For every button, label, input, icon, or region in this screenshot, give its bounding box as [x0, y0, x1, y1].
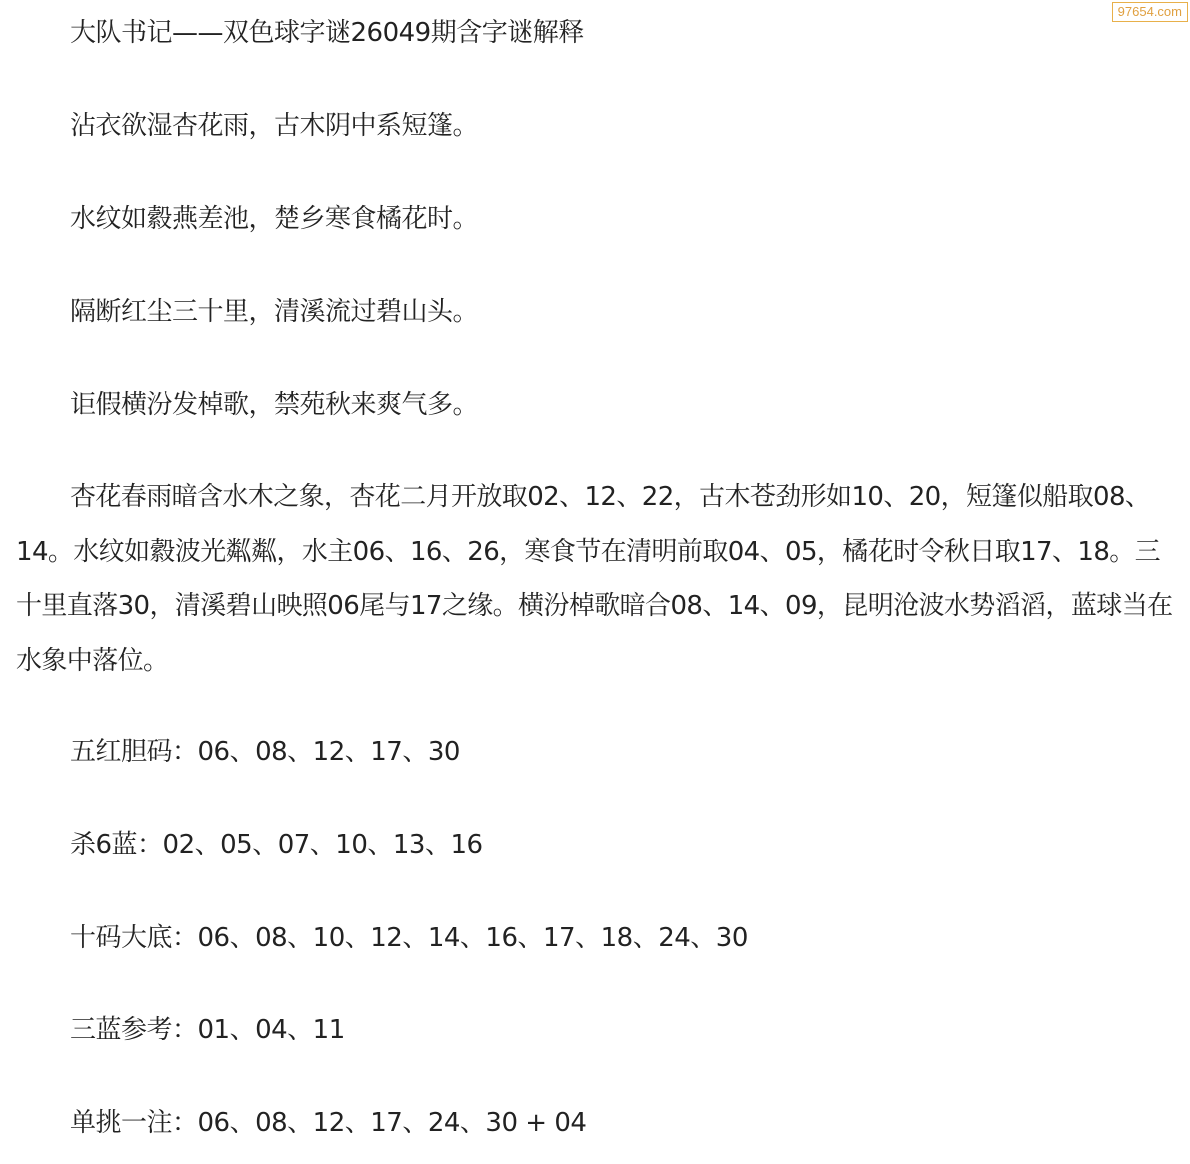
poem-line-3: 隔断红尘三十里，清溪流过碧山头。 — [70, 296, 478, 328]
pick-value: 01、04、11 — [198, 1015, 345, 1045]
site-watermark: 97654.com — [1112, 2, 1188, 22]
pick-three-blue: 三蓝参考：01、04、11 — [70, 1014, 345, 1046]
poem-line-1: 沾衣欲湿杏花雨，古木阴中系短篷。 — [70, 110, 478, 142]
poem-line-4: 讵假横汾发棹歌，禁苑秋来爽气多。 — [70, 389, 478, 421]
pick-ten-base: 十码大底：06、08、10、12、14、16、17、18、24、30 — [70, 922, 748, 954]
pick-label: 三蓝参考： — [70, 1015, 198, 1045]
pick-label: 五红胆码： — [70, 737, 198, 767]
pick-kill-blue: 杀6蓝：02、05、07、10、13、16 — [70, 829, 483, 861]
pick-label: 单挑一注： — [70, 1108, 198, 1138]
pick-label: 杀6蓝： — [70, 830, 163, 860]
riddle-explanation: 杏花春雨暗含水木之象，杏花二月开放取02、12、22，古木苍劲形如10、20，短… — [16, 470, 1176, 688]
poem-line-2: 水纹如縠燕差池，楚乡寒食橘花时。 — [70, 203, 478, 235]
pick-value: 06、08、10、12、14、16、17、18、24、30 — [198, 923, 748, 953]
pick-value: 06、08、12、17、30 — [198, 737, 460, 767]
pick-five-red: 五红胆码：06、08、12、17、30 — [70, 736, 460, 768]
pick-value: 02、05、07、10、13、16 — [163, 830, 483, 860]
pick-single-bet: 单挑一注：06、08、12、17、24、30 + 04 — [70, 1107, 586, 1139]
article-title: 大队书记——双色球字谜26049期含字谜解释 — [70, 17, 584, 49]
pick-label: 十码大底： — [70, 923, 198, 953]
pick-value: 06、08、12、17、24、30 + 04 — [198, 1108, 587, 1138]
